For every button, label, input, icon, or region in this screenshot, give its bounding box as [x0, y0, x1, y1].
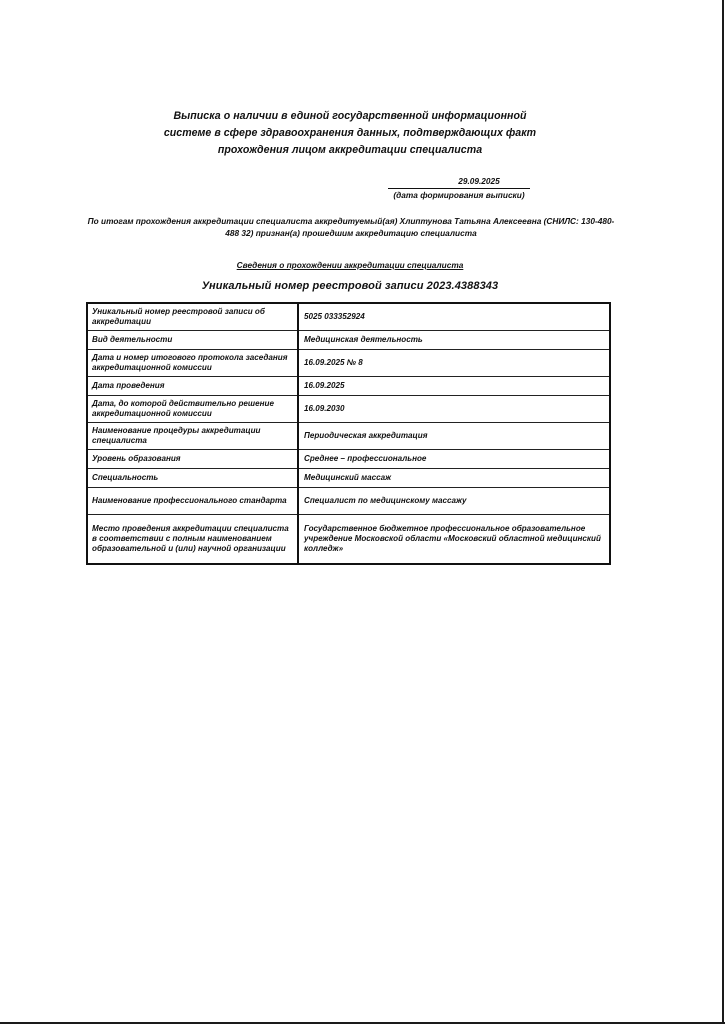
- formation-date: 29.09.2025: [388, 176, 530, 189]
- section-title: Сведения о прохождении аккредитации спец…: [150, 260, 550, 270]
- document-title-line: Выписка о наличии в единой государственн…: [150, 108, 550, 125]
- row-label: Наименование процедуры аккредитации спец…: [87, 423, 298, 450]
- document-title: Выписка о наличии в единой государственн…: [150, 108, 550, 159]
- table-row: Наименование процедуры аккредитации спец…: [87, 423, 610, 450]
- table-row: Вид деятельности Медицинская деятельност…: [87, 331, 610, 350]
- row-value: Медицинский массаж: [298, 469, 610, 488]
- row-value: Среднее – профессиональное: [298, 450, 610, 469]
- row-value: 16.09.2025: [298, 377, 610, 396]
- row-value: 16.09.2025 № 8: [298, 350, 610, 377]
- table-row: Специальность Медицинский массаж: [87, 469, 610, 488]
- intro-paragraph: По итогам прохождения аккредитации специ…: [84, 216, 618, 239]
- page-edge-right: [722, 0, 724, 1024]
- table-row: Дата, до которой действительно решение а…: [87, 396, 610, 423]
- row-label: Уникальный номер реестровой записи об ак…: [87, 303, 298, 331]
- row-label: Вид деятельности: [87, 331, 298, 350]
- document-title-line: прохождения лицом аккредитации специалис…: [150, 142, 550, 159]
- table-row: Наименование профессионального стандарта…: [87, 488, 610, 515]
- table-row: Уникальный номер реестровой записи об ак…: [87, 303, 610, 331]
- row-value: Периодическая аккредитация: [298, 423, 610, 450]
- row-value: 16.09.2030: [298, 396, 610, 423]
- formation-date-block: 29.09.2025 (дата формирования выписки): [388, 176, 530, 201]
- row-label: Дата проведения: [87, 377, 298, 396]
- row-value: 5025 033352924: [298, 303, 610, 331]
- row-value: Государственное бюджетное профессиональн…: [298, 515, 610, 565]
- row-label: Дата и номер итогового протокола заседан…: [87, 350, 298, 377]
- row-value: Специалист по медицинскому массажу: [298, 488, 610, 515]
- formation-date-caption: (дата формирования выписки): [388, 189, 530, 201]
- table-row: Дата проведения 16.09.2025: [87, 377, 610, 396]
- accreditation-details-table: Уникальный номер реестровой записи об ак…: [86, 302, 611, 565]
- row-label: Уровень образования: [87, 450, 298, 469]
- table-row: Уровень образования Среднее – профессион…: [87, 450, 610, 469]
- row-value: Медицинская деятельность: [298, 331, 610, 350]
- row-label: Наименование профессионального стандарта: [87, 488, 298, 515]
- table-row: Место проведения аккредитации специалист…: [87, 515, 610, 565]
- table-row: Дата и номер итогового протокола заседан…: [87, 350, 610, 377]
- row-label: Место проведения аккредитации специалист…: [87, 515, 298, 565]
- row-label: Дата, до которой действительно решение а…: [87, 396, 298, 423]
- row-label: Специальность: [87, 469, 298, 488]
- document-title-line: системе в сфере здравоохранения данных, …: [150, 125, 550, 142]
- registry-number-heading: Уникальный номер реестровой записи 2023.…: [150, 280, 550, 292]
